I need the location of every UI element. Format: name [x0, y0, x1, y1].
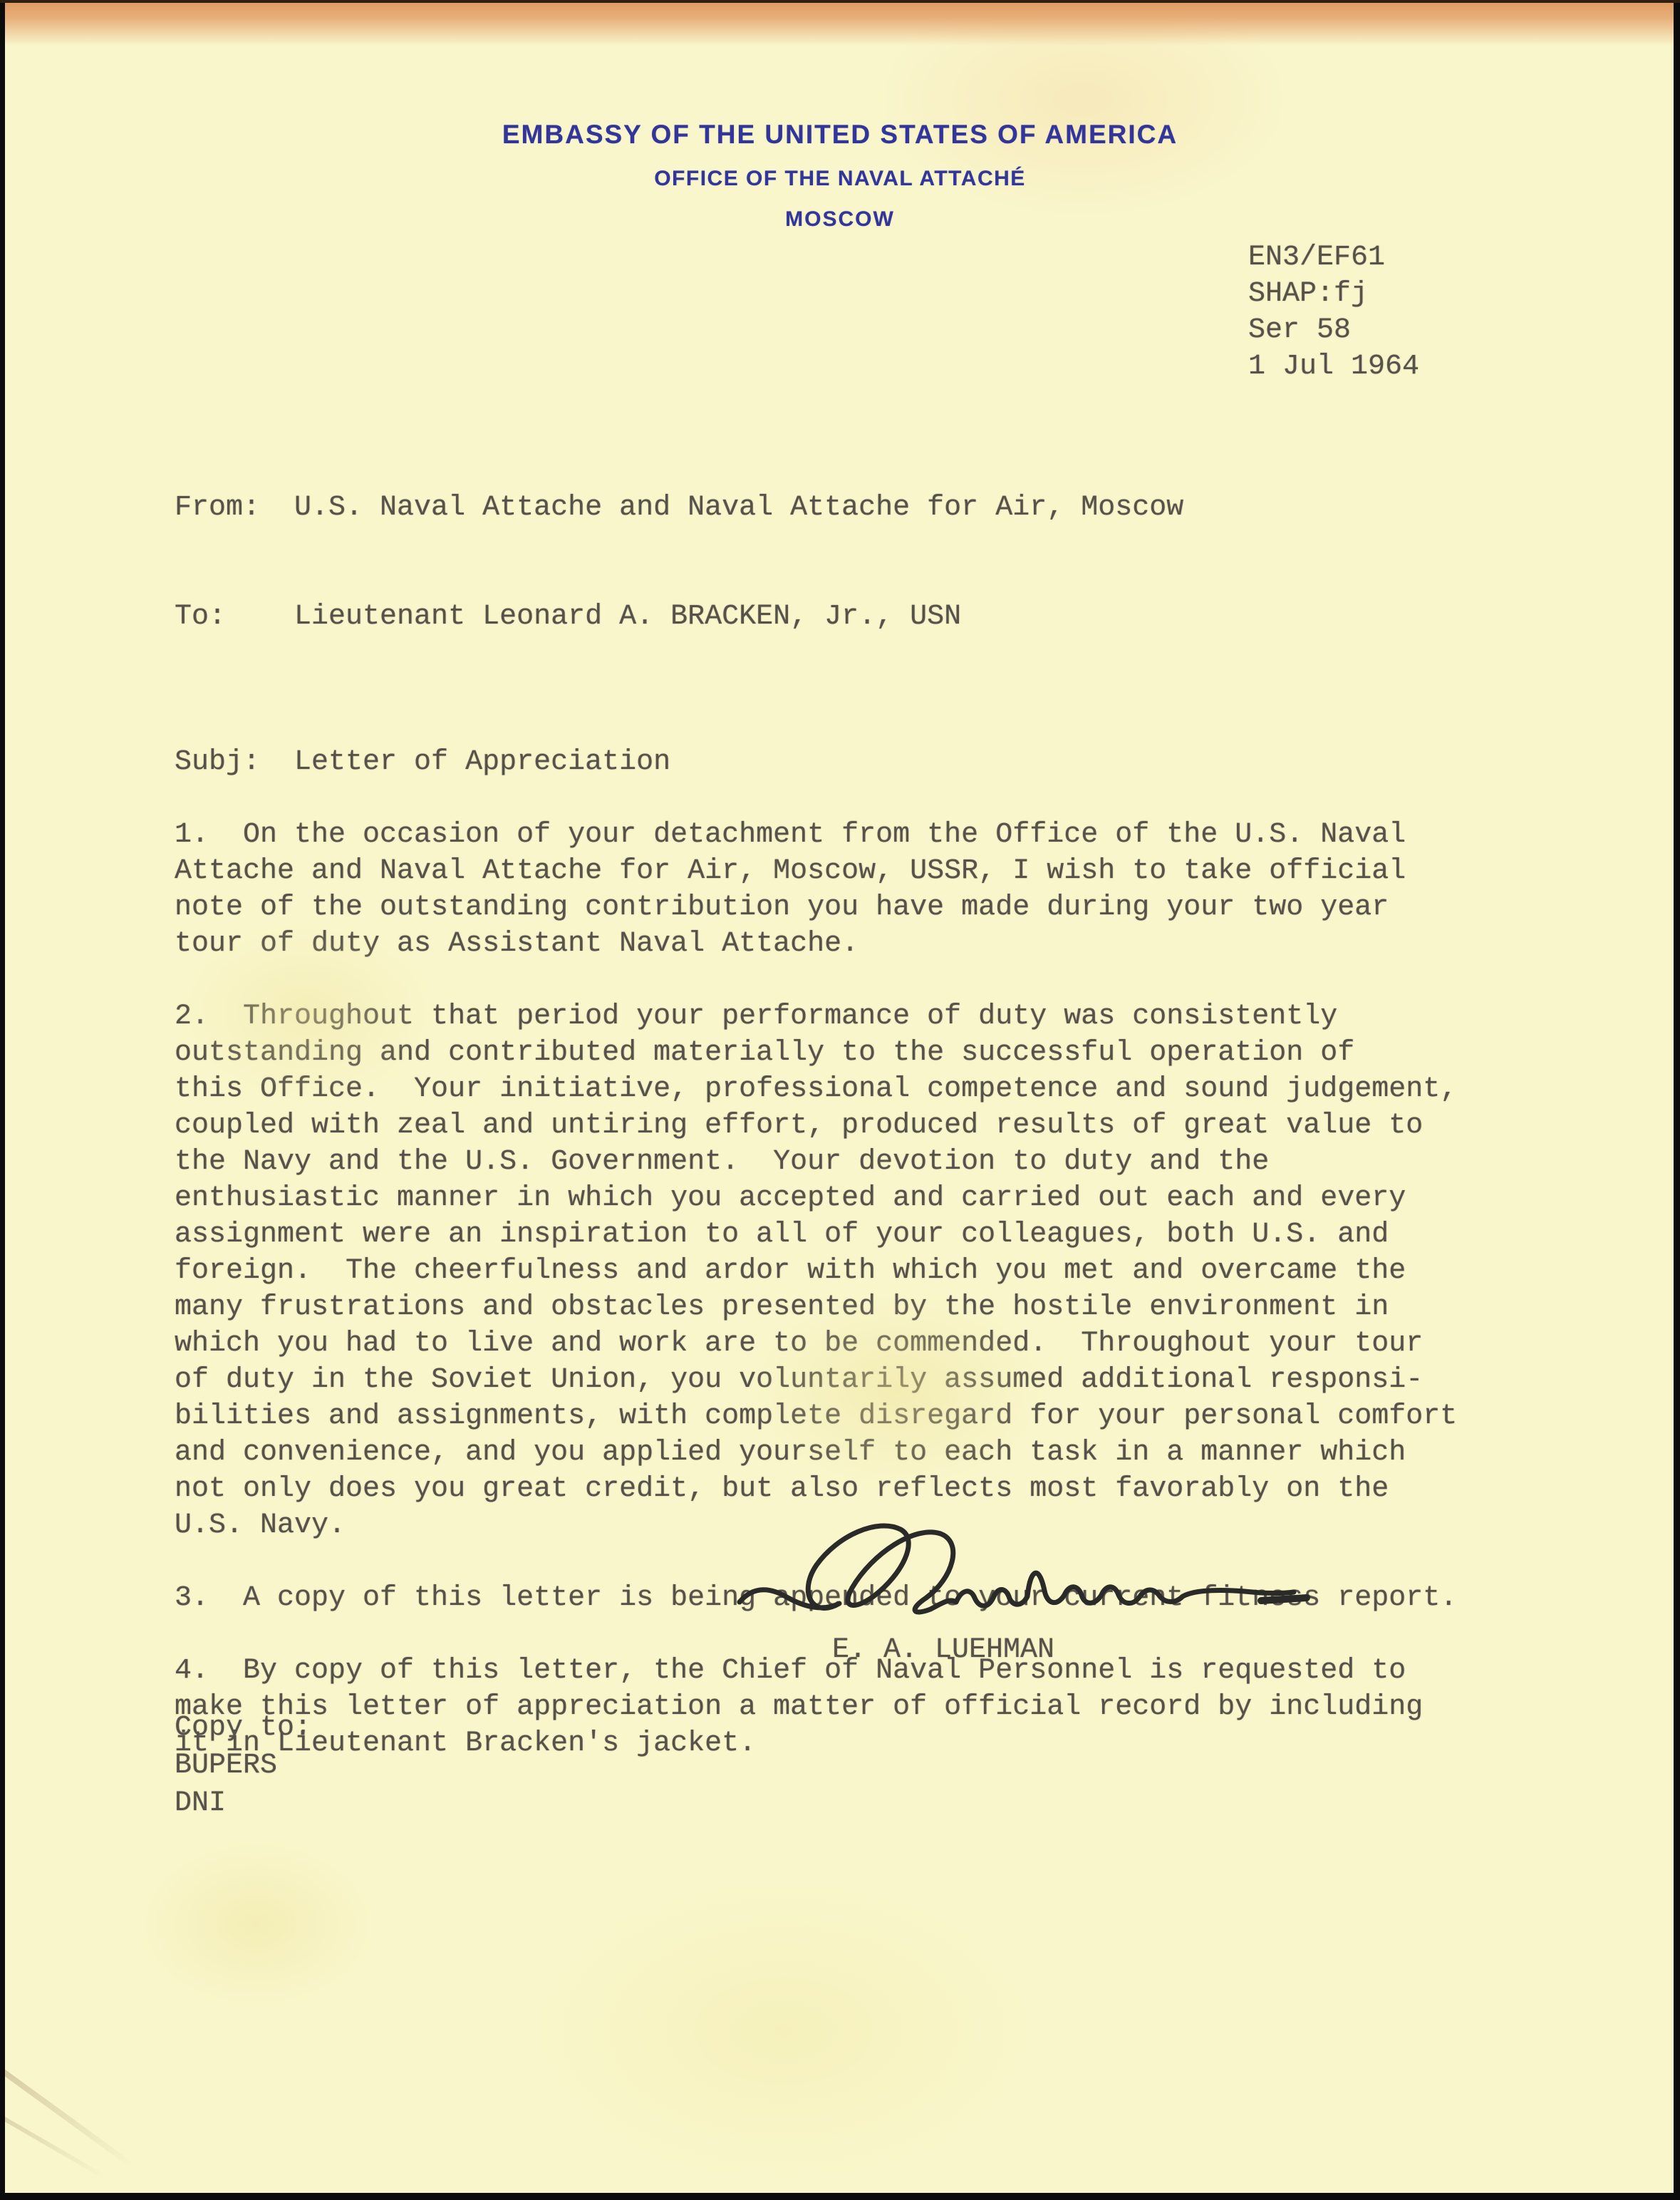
from-line: From: U.S. Naval Attache and Naval Attac… [175, 490, 1457, 526]
scan-edge-bottom [0, 2193, 1680, 2200]
letterhead-line3: MOSCOW [0, 207, 1680, 232]
signature-handwritten [732, 1518, 1324, 1646]
copy-to-block: Copy to: BUPERS DNI [175, 1709, 311, 1822]
paragraph-4: 4. By copy of this letter, the Chief of … [175, 1653, 1457, 1762]
scan-edge-right [1674, 0, 1680, 2200]
reference-block: EN3/EF61 SHAP:fj Ser 58 1 Jul 1964 [1248, 239, 1419, 385]
scan-top-shadow [0, 0, 1680, 46]
scan-edge-left [0, 0, 5, 2200]
address-block: From: U.S. Naval Attache and Naval Attac… [175, 417, 1457, 708]
paper-crease [0, 2115, 107, 2179]
subject-line: Subj: Letter of Appreciation [175, 744, 1457, 780]
letter-page: EMBASSY OF THE UNITED STATES OF AMERICA … [0, 0, 1680, 2200]
letterhead-line1: EMBASSY OF THE UNITED STATES OF AMERICA [0, 120, 1680, 150]
to-line: To: Lieutenant Leonard A. BRACKEN, Jr., … [175, 599, 1457, 635]
paragraph-2: 2. Throughout that period your performan… [175, 998, 1457, 1544]
letterhead-line2: OFFICE OF THE NAVAL ATTACHÉ [0, 167, 1680, 191]
paragraph-1: 1. On the occasion of your detachment fr… [175, 817, 1457, 962]
scan-edge-top [0, 0, 1680, 3]
